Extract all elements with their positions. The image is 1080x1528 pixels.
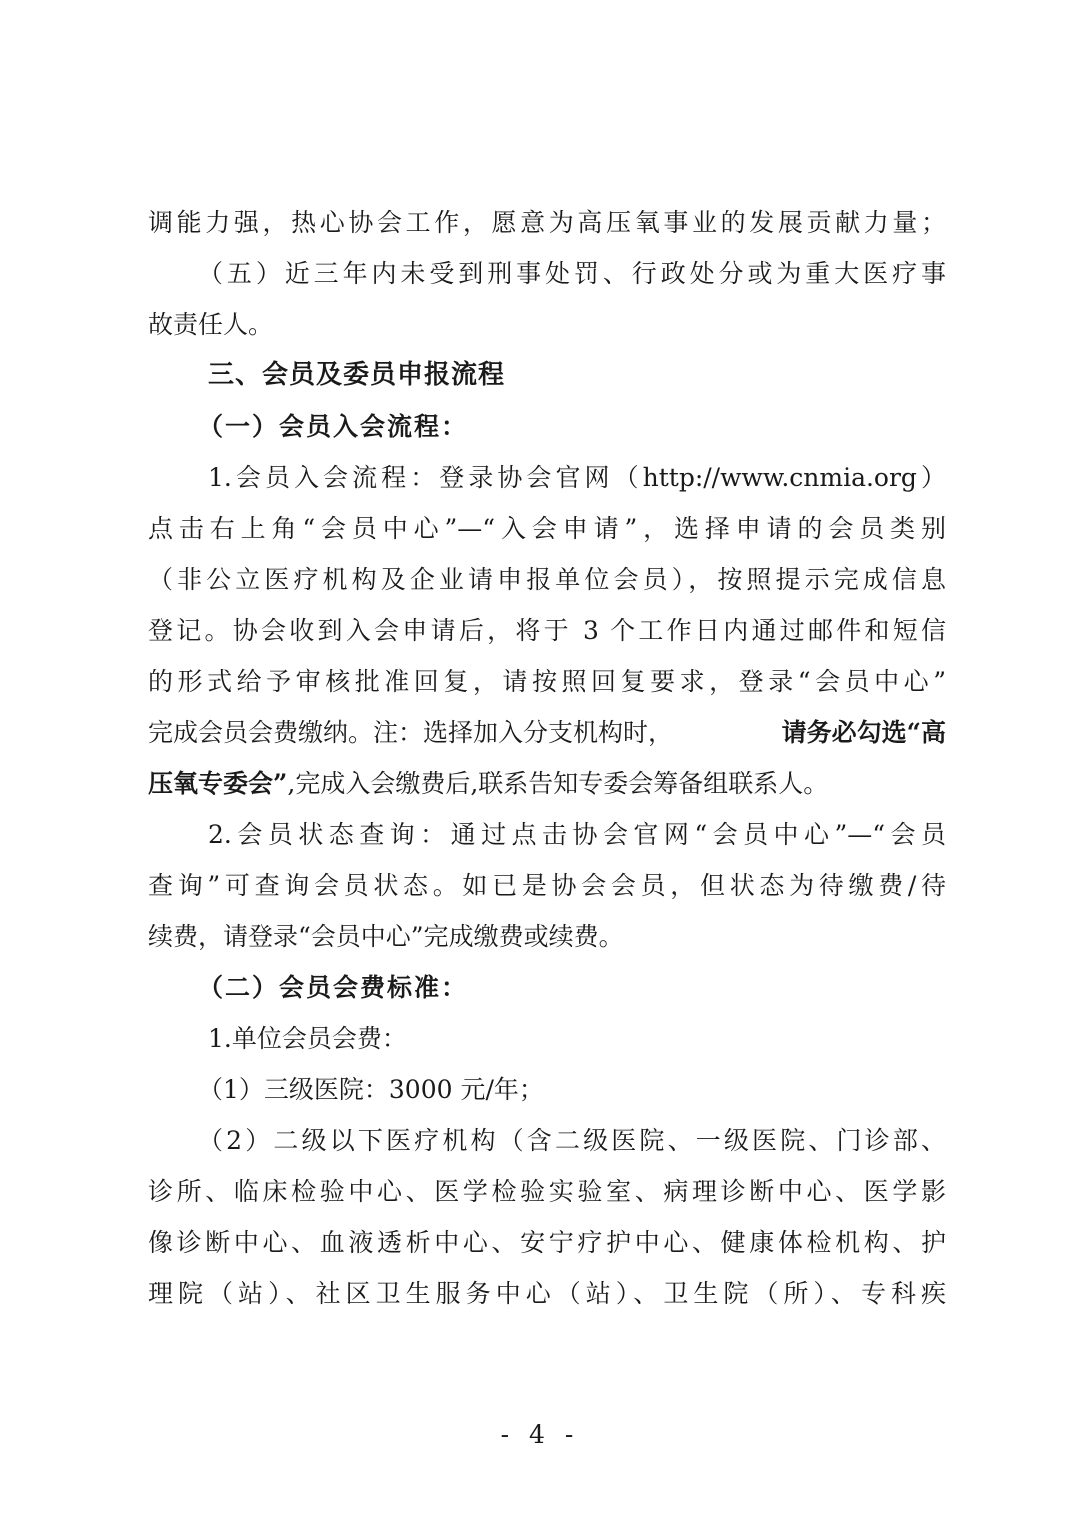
page-number: - 4 - — [0, 1420, 1080, 1449]
paragraph-line: 2.会员状态查询：通过点击协会官网“会员中心”—“会员 — [148, 809, 946, 860]
paragraph-line: 的形式给予审核批准回复，请按照回复要求，登录“会员中心” — [148, 656, 946, 707]
paragraph-line: 诊所、临床检验中心、医学检验实验室、病理诊断中心、医学影 — [148, 1166, 946, 1217]
paragraph-line: 完成会员会费缴纳。注：选择加入分支机构时，请务必勾选“高 — [148, 707, 946, 758]
subheading-membership-process: （一）会员入会流程： — [148, 401, 946, 452]
paragraph-line: （非公立医疗机构及企业请申报单位会员），按照提示完成信息 — [148, 554, 946, 605]
paragraph-line: 调能力强，热心协会工作，愿意为高压氧事业的发展贡献力量； — [148, 197, 946, 248]
document-page: 调能力强，热心协会工作，愿意为高压氧事业的发展贡献力量； （五）近三年内未受到刑… — [148, 197, 946, 1319]
fee-item-2: （2）二级以下医疗机构（含二级医院、一级医院、门诊部、 — [148, 1115, 946, 1166]
paragraph-line: 点击右上角“会员中心”—“入会申请”，选择申请的会员类别 — [148, 503, 946, 554]
note-text: 完成会员会费缴纳。注：选择加入分支机构时， — [148, 707, 673, 758]
paragraph-line: 1.会员入会流程：登录协会官网（http://www.cnmia.org） — [148, 452, 946, 503]
note-emphasis: 请务必勾选“高 — [782, 707, 946, 758]
paragraph-line: 压氧专委会”,完成入会缴费后,联系告知专委会筹备组联系人。 — [148, 758, 946, 809]
paragraph-line: 1.单位会员会费： — [148, 1013, 946, 1064]
paragraph-line: 查询”可查询会员状态。如已是协会会员，但状态为待缴费/待 — [148, 860, 946, 911]
paragraph-line: 理院（站）、社区卫生服务中心（站）、卫生院（所）、专科疾 — [148, 1268, 946, 1319]
fee-item-1: （1）三级医院：3000 元/年； — [148, 1064, 946, 1115]
note-text-cont: ,完成入会缴费后,联系告知专委会筹备组联系人。 — [287, 769, 828, 798]
paragraph-line: 像诊断中心、血液透析中心、安宁疗护中心、健康体检机构、护 — [148, 1217, 946, 1268]
note-emphasis-cont: 压氧专委会” — [148, 769, 287, 798]
section-heading-3: 三、会员及委员申报流程 — [148, 350, 946, 401]
criteria-item-5: （五）近三年内未受到刑事处罚、行政处分或为重大医疗事 — [148, 248, 946, 299]
paragraph-line: 故责任人。 — [148, 299, 946, 350]
paragraph-line: 登记。协会收到入会申请后，将于 3 个工作日内通过邮件和短信 — [148, 605, 946, 656]
paragraph-line: 续费，请登录“会员中心”完成缴费或续费。 — [148, 911, 946, 962]
subheading-fee-standard: （二）会员会费标准： — [148, 962, 946, 1013]
